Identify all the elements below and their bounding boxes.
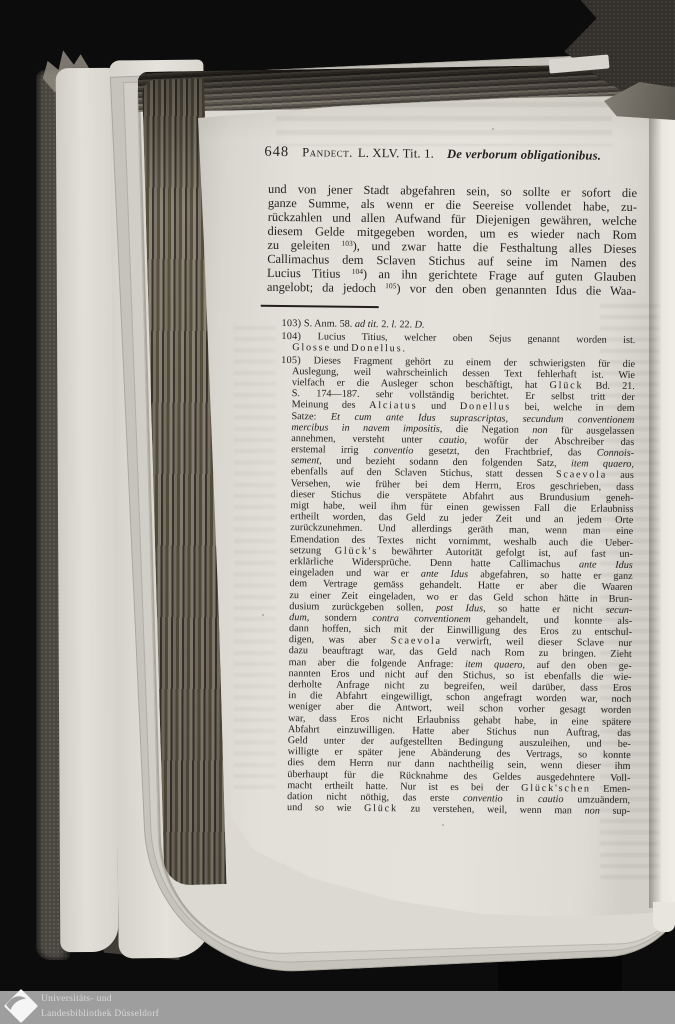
footnote-number: 105)	[281, 355, 301, 366]
running-title: Pandect.	[302, 145, 353, 160]
footnote-number: 103)	[281, 318, 301, 329]
page-number: 648	[264, 144, 289, 160]
book-photo: 648Pandect.L. XLV. Tit. 1.De verborum ob…	[0, 0, 675, 1024]
library-footer-bar: Universitäts- und Landesbibliothek Düsse…	[0, 991, 675, 1024]
printed-text: 648Pandect.L. XLV. Tit. 1.De verborum ob…	[184, 93, 675, 926]
flyleaf-page-edge	[56, 68, 119, 952]
footnote: 105) Dieses Fragment gehört zu einem der…	[276, 355, 635, 818]
running-header: 648Pandect.L. XLV. Tit. 1.De verborum ob…	[264, 144, 601, 165]
text-line: angelobt; da jedoch 105) vor den oben ge…	[267, 280, 636, 298]
book-page: 648Pandect.L. XLV. Tit. 1.De verborum ob…	[192, 94, 675, 922]
running-title-latin: De verborum obligationibus.	[447, 147, 601, 163]
library-name: Universitäts- und Landesbibliothek Düsse…	[41, 992, 159, 1021]
footnotes: 103) S. Anm. 58. ad tit. 2. l. 22. D.104…	[276, 318, 636, 819]
library-name-line1: Universitäts- und	[41, 992, 159, 1007]
body-text: und von jener Stadt abgefahren sein, so …	[267, 182, 637, 298]
running-title-numbering: L. XLV. Tit. 1.	[358, 146, 434, 161]
gutter-highlight	[649, 102, 675, 908]
footnote-number: 104)	[281, 331, 301, 342]
gutter-page-curl	[653, 902, 675, 932]
footnote-separator-rule	[261, 305, 379, 309]
ulb-duesseldorf-logo-icon	[4, 989, 38, 1023]
library-name-line2: Landesbibliothek Düsseldorf	[41, 1007, 159, 1022]
footnote: 104) Lucius Titius, welcher oben Sejus g…	[281, 331, 635, 357]
